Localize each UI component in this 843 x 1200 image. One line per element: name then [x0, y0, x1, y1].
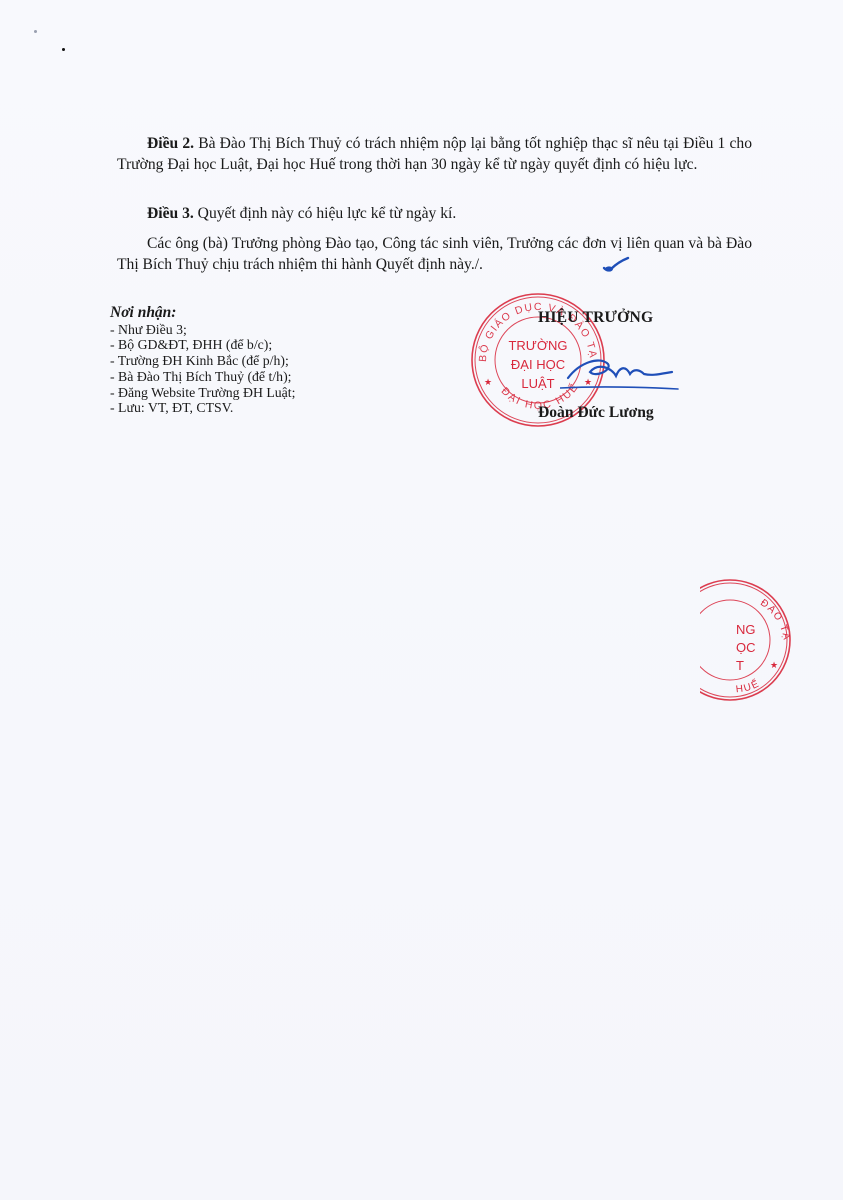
- recipients-block: Nơi nhận: - Như Điều 3; - Bộ GD&ĐT, ĐHH …: [110, 305, 295, 416]
- signer-name: Đoàn Đức Lương: [538, 404, 654, 422]
- checkmark-icon: [602, 256, 630, 274]
- seal-star-icon: ★: [770, 660, 778, 670]
- scan-speck: [34, 30, 37, 33]
- recipient-item: - Bộ GD&ĐT, ĐHH (để b/c);: [110, 337, 295, 353]
- partial-seal: ĐÀO TẠO HUẾ NG ỌC T ★: [700, 572, 843, 708]
- closing-paragraph: Các ông (bà) Trưởng phòng Đào tạo, Công …: [117, 233, 752, 275]
- handwritten-signature: [560, 352, 685, 394]
- scan-speck: [62, 48, 65, 51]
- article-2-paragraph: Điều 2. Bà Đào Thị Bích Thuỷ có trách nh…: [117, 133, 752, 175]
- partial-seal-fragment: NG: [736, 622, 756, 637]
- article-2-text: Bà Đào Thị Bích Thuỷ có trách nhiệm nộp …: [117, 135, 752, 173]
- article-3-paragraph: Điều 3. Quyết định này có hiệu lực kể từ…: [117, 203, 752, 224]
- article-3-label: Điều 3.: [147, 205, 194, 222]
- seal-center-line: TRƯỜNG: [508, 338, 567, 353]
- recipient-item: - Bà Đào Thị Bích Thuỷ (để t/h);: [110, 369, 295, 385]
- document-page: Điều 2. Bà Đào Thị Bích Thuỷ có trách nh…: [0, 0, 843, 1200]
- partial-seal-fragment: T: [736, 658, 744, 673]
- seal-center-line: LUẬT: [521, 376, 554, 391]
- partial-seal-fragment: ỌC: [736, 640, 756, 655]
- article-2-label: Điều 2.: [147, 135, 194, 152]
- recipient-item: - Đăng Website Trường ĐH Luật;: [110, 385, 295, 401]
- recipients-title: Nơi nhận:: [110, 305, 295, 321]
- seal-star-icon: ★: [484, 377, 492, 387]
- recipient-item: - Trường ĐH Kinh Bắc (để p/h);: [110, 353, 295, 369]
- article-3-text: Quyết định này có hiệu lực kể từ ngày kí…: [194, 205, 456, 222]
- signer-title: HIỆU TRƯỞNG: [538, 309, 653, 327]
- recipient-item: - Như Điều 3;: [110, 322, 295, 338]
- closing-text: Các ông (bà) Trưởng phòng Đào tạo, Công …: [117, 235, 752, 273]
- seal-center-line: ĐẠI HỌC: [511, 357, 565, 372]
- recipient-item: - Lưu: VT, ĐT, CTSV.: [110, 400, 295, 416]
